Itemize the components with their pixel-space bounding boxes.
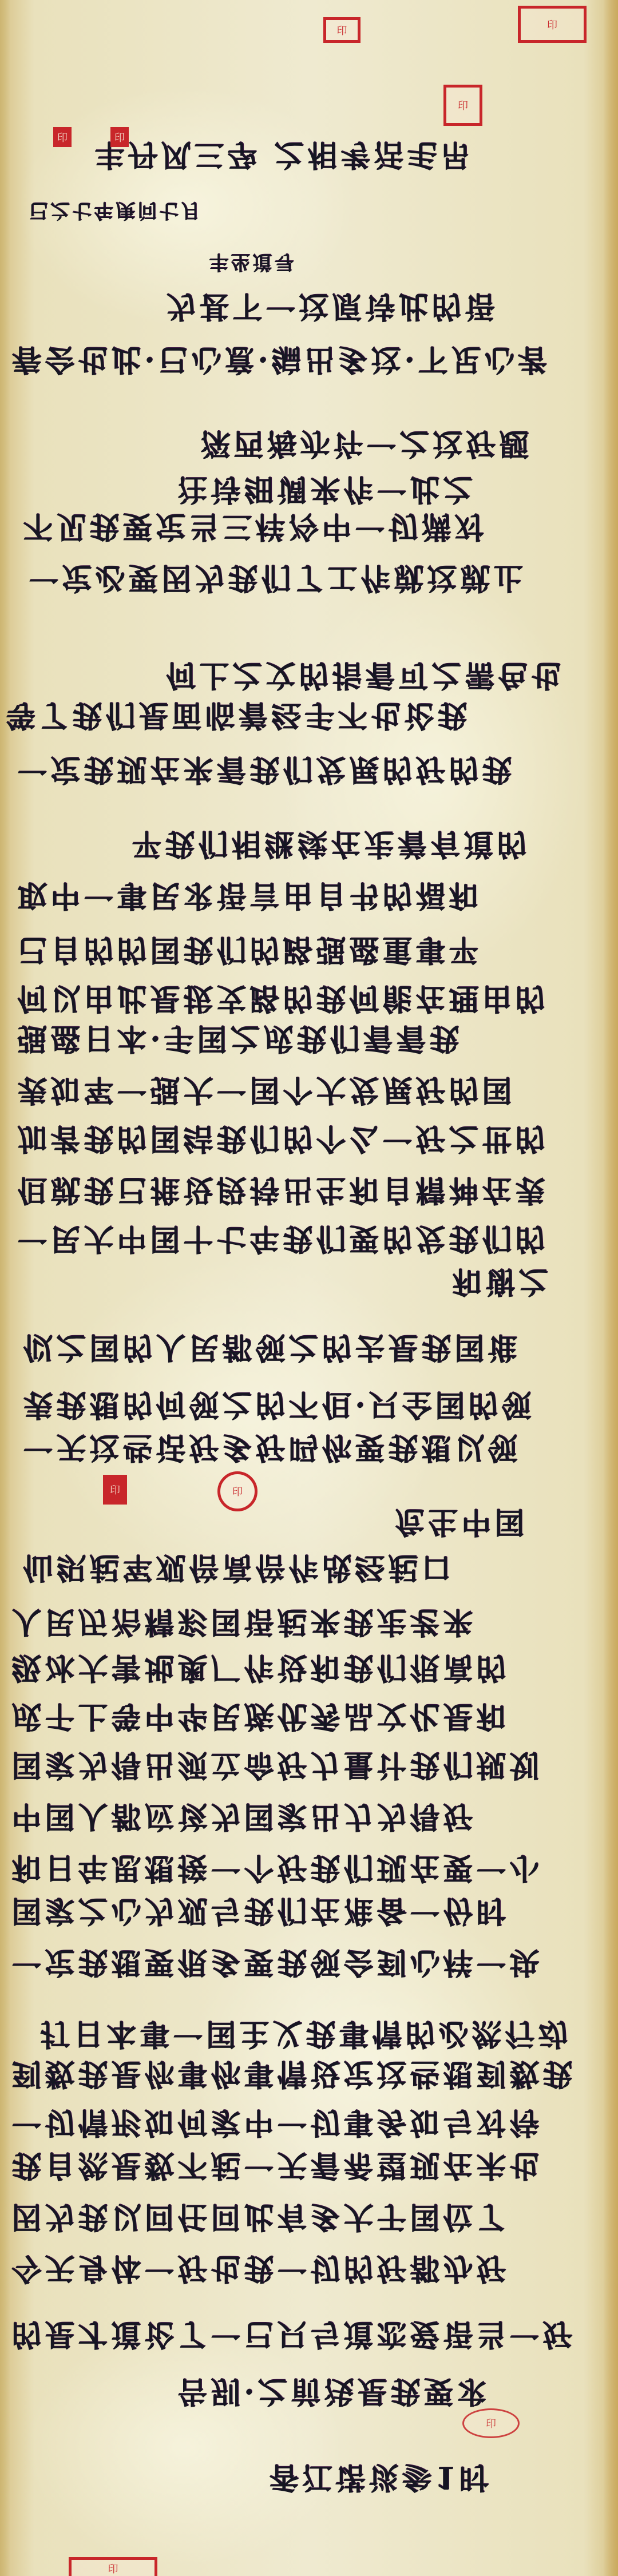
calligraphy-line: 加者我的国结我们的个么一好之世的 [17,1121,578,1156]
calligraphy-line: 的是才道论了一已只与道恋爱语当一好 [11,2317,578,2351]
calligraphy-line: 丰丹风三孕 之相考活毛吊 [94,137,529,172]
calligraphy-line: 春会也此·已心意·编出多这·下足心者 [11,342,578,376]
calligraphy-line: 一定我现在来看我们发展的好的我 [17,752,578,787]
calligraphy-line: 一切情形如何家中一切事务如与对待 [11,2105,578,2140]
calligraphy-line: 告别·之前浅是我要求 [177,2374,578,2408]
calligraphy-line: 我自然是数不起一天看希望现在未也 [11,2148,578,2182]
calligraphy-line: 但就我已推设段持出生和自精神在表 [17,1173,578,1207]
calligraphy-line: 危生中国 [395,1505,578,1539]
seal-top-center-icon: 印 [323,17,360,43]
calligraphy-line: 今天身体一好也我一切的好都办好 [11,2251,578,2285]
calligraphy-line: 因为我以回任回此有多大于国位了 [11,2200,578,2234]
calligraphy-line: 取中一事民求语言由自书的福和 [17,878,578,912]
calligraphy-line: 表如军一强大一国个大发展好的国 [17,1073,578,1107]
calligraphy-line: 国家为得出须立命好力量计我们规划 [11,1748,578,1782]
calligraphy-line: 不见我要定当三样冷中一切满对 [23,509,578,543]
calligraphy-line: 注诗细调来作一此之 [177,472,578,506]
calligraphy-line: 一天这些话好多好吗你要我想以领 [23,1430,578,1464]
calligraphy-line: 到数我是你事你事情设定这些想到数我 [11,2057,578,2091]
calligraphy-line: 打日本事一国主义我事情的必然行动 [40,2017,578,2051]
seal-bottom-oval-icon: 印 [462,2408,520,2438]
calligraphy-line: 一定必要因为我们了工作就这就止 [29,561,578,595]
calligraphy-line: 何上之文的指看可之需色也 [166,658,578,692]
calligraphy-line: 中国人都应该为国家出力为得好 [11,1799,578,1833]
calligraphy-line: 似之国的人民都领之的去是我国谁 [23,1330,578,1364]
seal-left-tiny-2-icon: 印 [110,127,129,147]
seal-mid-round-icon: 印 [217,1471,257,1511]
seal-left-tiny-1-icon: 印 [53,127,72,147]
calligraphy-line: 平我们相继续在走着有道的 [132,827,578,861]
seal-top-right-icon: 印 [518,6,587,43]
calligraphy-line: 和日年思想接一个好我们现在要一小 [11,1851,578,1885]
calligraphy-line: 为甚下一这原诗此的语 [166,289,578,323]
seal-top-square-icon: 印 [443,85,482,126]
calligraphy-line: 仙织起军观倍高倍作战经起口 [23,1550,578,1585]
calligraphy-line: 己自的的国我们的路强盛重事平 [17,932,578,967]
calligraphy-line: 已之七年庚问七月 [29,199,286,222]
calligraphy-line: 表我想的何领之的不但·只全国的领 [23,1387,578,1422]
calligraphy-line: 等了我们是面临着经手不也论我 [6,698,578,732]
calligraphy-line: 香江诺谈参1时 [269,2460,532,2494]
calligraphy-line: 何以由此是拔支路的我何能在理由的 [17,981,578,1015]
calligraphy-line: 丰坐道寻 [209,251,369,273]
calligraphy-line: 和谢之 [452,1264,578,1299]
calligraphy-line: 深西海亦许一之这好题 [200,426,578,461]
calligraphy-line: 强盛日本·手国之成我们看看我 [17,1021,578,1055]
calligraphy-line: 成千上等中华民族优秀品文化是和 [11,1699,578,1733]
seal-bottom-rect-icon: 印 [69,2557,157,2576]
scroll-edge-right [603,0,618,2576]
calligraphy-line: 级冰大害地奥厂作设和我们很高的 [11,1650,578,1685]
calligraphy-line: 一定我想要很多要我领会到心样一块 [11,1945,578,1979]
calligraphy-line: 国家之心为观与我们在准备一份时 [11,1894,578,1928]
seal-mid-rect-icon: 印 [103,1475,127,1505]
calligraphy-line: 一民大中国十七年我们要的发我们的 [17,1221,578,1256]
calligraphy-line: 人民历治精彩国语起来我走老来 [11,1605,578,1639]
scroll-edge-left [0,0,10,2576]
